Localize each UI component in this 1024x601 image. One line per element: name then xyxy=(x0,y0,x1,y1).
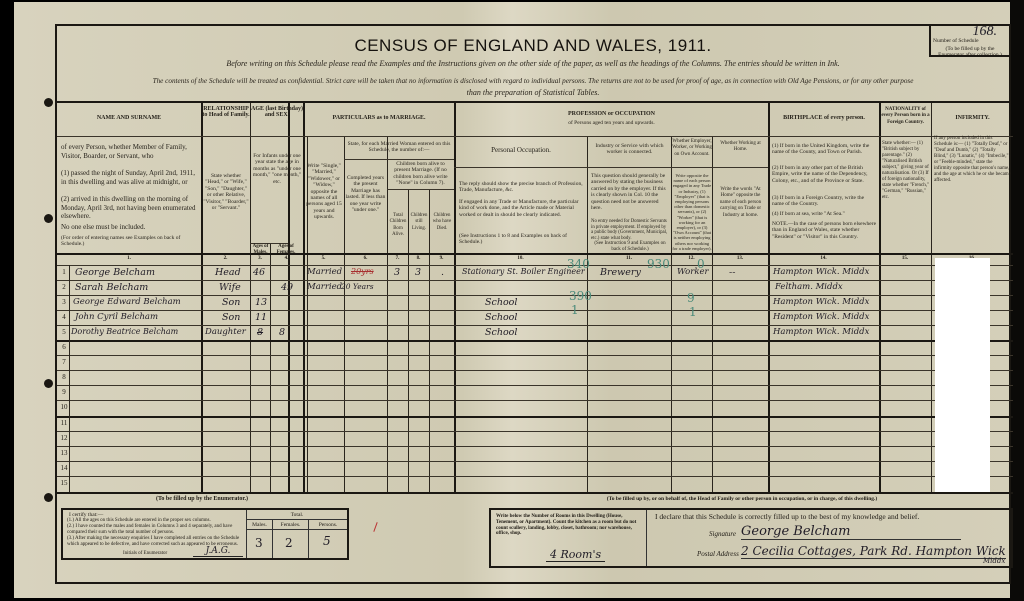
confidential-line: The contents of the Schedule will be tre… xyxy=(57,77,1009,85)
header-name-body: of every Person, whether Member of Famil… xyxy=(61,143,199,160)
schedule-number-note: (To be filled up by the Enumerator after… xyxy=(933,46,1007,58)
header-marriage-state: State, for each Married Woman entered on… xyxy=(345,141,453,154)
blank-area xyxy=(935,258,990,494)
rooms-value[interactable]: 4 Room's xyxy=(546,548,605,562)
rooms-box: Write below the Number of Rooms in this … xyxy=(491,510,647,566)
header-industry-body2: No entry needed for Domestic Servants in… xyxy=(591,219,669,241)
occupation-code: 1 xyxy=(571,303,579,317)
total-label: Total. xyxy=(247,512,347,518)
cell-birthplace[interactable]: Feltham. Middx xyxy=(775,282,843,292)
cell-marital[interactable]: Married xyxy=(307,267,342,277)
row-number: 2 xyxy=(59,283,69,291)
cell-birthplace[interactable]: Hampton Wick. Middx xyxy=(773,312,869,322)
cell-relationship[interactable]: Son xyxy=(222,312,240,323)
certify-2: (2.) I have counted the males and female… xyxy=(67,524,245,535)
row-number: 9 xyxy=(59,388,69,396)
header-name-item1: (1) passed the night of Sunday, April 2n… xyxy=(61,169,199,186)
cell-name[interactable]: George Belcham xyxy=(75,267,155,278)
binder-hole xyxy=(44,493,53,502)
enumerator-initials[interactable]: J.A.G. xyxy=(193,546,243,557)
cell-relationship[interactable]: Daughter xyxy=(205,327,246,337)
header-birthplace-b2: (2) If born in any other part of the Bri… xyxy=(772,165,877,184)
row-number: 4 xyxy=(59,313,69,321)
row-number: 14 xyxy=(59,464,69,472)
cell-name[interactable]: Sarah Belcham xyxy=(75,282,148,293)
column-number: 8. xyxy=(408,256,429,261)
header-marriage-completed: Completed years the present Marriage has… xyxy=(345,175,386,213)
cell-relationship[interactable]: Head xyxy=(215,267,241,278)
header-infirmity: INFIRMITY. xyxy=(932,115,1013,121)
postal-address-cont: Middx xyxy=(983,557,1005,565)
column-number: 2. xyxy=(201,256,250,261)
cell-birthplace[interactable]: Hampton Wick. Middx xyxy=(773,297,869,307)
declaration-text: I declare that this Schedule is correctl… xyxy=(655,512,919,521)
total-males[interactable]: 3 xyxy=(255,536,263,550)
header-nationality: NATIONALITY of every Person born in a Fo… xyxy=(880,107,931,126)
header-industry: Industry or Service with which worker is… xyxy=(588,143,671,156)
cell-name[interactable]: Dorothy Beatrice Belcham xyxy=(71,327,178,336)
signature-label: Signature xyxy=(709,530,736,538)
header-age: AGE (last Birthday) and SEX. xyxy=(251,106,303,119)
occupation-code: 340 xyxy=(567,257,590,271)
cell-marital[interactable]: Married xyxy=(307,282,342,292)
enumerator-box: I certify that:— (1.) All the ages on th… xyxy=(61,508,349,560)
header-infirmity-body: If any person included in this Schedule … xyxy=(934,136,1011,184)
column-number: 14. xyxy=(768,256,879,261)
cell-years-married[interactable]: 20 Years xyxy=(341,282,374,291)
header-marriage-living: Children still Living. xyxy=(409,213,429,232)
column-number: 5. xyxy=(303,256,344,261)
schedule-number[interactable]: 168. xyxy=(973,24,998,40)
header-birthplace-b4: (4) If born at sea, write "At Sea." xyxy=(772,211,877,217)
persons-label: Persons. xyxy=(309,522,347,528)
cell-birthplace[interactable]: Hampton Wick. Middx xyxy=(773,267,869,277)
header-home: Whether Working at Home. xyxy=(713,141,768,154)
header-birthplace-note: NOTE.—In the case of persons born elsewh… xyxy=(772,221,877,240)
row-number: 11 xyxy=(59,419,69,427)
header-employer-body: Write opposite the name of each person e… xyxy=(672,173,712,251)
cell-occupation[interactable]: School xyxy=(485,297,517,308)
header-marriage-total: Total Children Born Alive. xyxy=(388,213,408,239)
header-relationship: RELATIONSHIP to Head of Family. xyxy=(202,106,250,119)
head-box: Write below the Number of Rooms in this … xyxy=(489,508,1013,568)
certify-1: (1.) All the ages on this Schedule are e… xyxy=(67,518,245,524)
header-name-item2: (2) arrived in this dwelling on the morn… xyxy=(61,195,199,221)
cell-at-home[interactable]: -- xyxy=(729,267,735,278)
column-number: 15. xyxy=(879,256,931,261)
row-number: 1 xyxy=(59,268,69,276)
header-birthplace-b3: (3) If born in a Foreign Country, write … xyxy=(772,195,877,208)
cell-occupation[interactable]: School xyxy=(485,312,517,323)
rooms-instruction: Write below the Number of Rooms in this … xyxy=(496,514,642,537)
header-birthplace: BIRTHPLACE of every person. xyxy=(769,115,879,121)
industry-code: 930 xyxy=(647,257,670,271)
cell-age-male[interactable]: 13 xyxy=(255,297,267,308)
document-title: CENSUS OF ENGLAND AND WALES, 1911. xyxy=(57,36,1009,56)
cell-age-male[interactable]: 8 xyxy=(257,327,263,338)
employer-code: 1 xyxy=(689,305,697,319)
column-number: 13. xyxy=(712,256,768,261)
postal-address-field[interactable]: 2 Cecilia Cottages, Park Rd. Hampton Wic… xyxy=(741,544,1006,559)
row-number: 3 xyxy=(59,298,69,306)
cell-age-male[interactable]: 11 xyxy=(255,312,267,323)
males-label: Males. xyxy=(247,522,272,528)
header-birthplace-b1: (1) If born in the United Kingdom, write… xyxy=(772,143,877,156)
header-nationality-body: State whether:— (1) "British subject by … xyxy=(882,141,930,201)
header-name-note: No one else must be included. xyxy=(61,223,199,232)
row-number: 8 xyxy=(59,373,69,381)
binder-hole xyxy=(44,379,53,388)
column-number: 7. xyxy=(387,256,408,261)
column-number: 6. xyxy=(344,256,387,261)
occupation-code: 390 xyxy=(569,289,592,303)
cell-name[interactable]: George Edward Belcham xyxy=(73,297,181,307)
header-personal-body1: The reply should show the precise branch… xyxy=(459,181,584,194)
cell-years-married[interactable]: 20yrs xyxy=(351,267,374,276)
header-name-order: (For order of entering names see Example… xyxy=(61,235,199,248)
cell-age-female[interactable]: 49 xyxy=(281,282,293,293)
total-females[interactable]: 2 xyxy=(285,536,293,550)
header-marriage: PARTICULARS as to MARRIAGE. xyxy=(304,115,454,121)
cell-children-living[interactable]: 3 xyxy=(415,267,421,278)
header-personal-body2: If engaged in any Trade or Manufacture, … xyxy=(459,199,584,218)
cell-age-female[interactable]: 8 xyxy=(279,327,285,338)
row-number: 12 xyxy=(59,434,69,442)
header-name: NAME AND SURNAME xyxy=(57,115,201,121)
row-number: 10 xyxy=(59,403,69,411)
employer-code: 0 xyxy=(697,257,705,271)
header-age-body: For Infants under one year state the age… xyxy=(252,153,302,185)
instruction-line: Before writing on this Schedule please r… xyxy=(57,59,1009,68)
column-number: 12. xyxy=(671,256,712,261)
initials-label: Initials of Enumerator xyxy=(123,551,167,557)
cell-industry[interactable]: Brewery xyxy=(600,267,641,278)
header-industry-body1: This question should generally be answer… xyxy=(591,173,669,211)
header-personal-occupation: Personal Occupation. xyxy=(455,146,587,155)
cell-relationship[interactable]: Son xyxy=(222,297,240,308)
census-schedule: CENSUS OF ENGLAND AND WALES, 1911. Befor… xyxy=(55,24,1011,584)
cell-occupation[interactable]: School xyxy=(485,327,517,338)
cell-birthplace[interactable]: Hampton Wick. Middx xyxy=(773,327,869,337)
enumerator-heading: (To be filled up by the Enumerator.) xyxy=(57,496,347,502)
column-number: 4. xyxy=(270,256,303,261)
census-table: NAME AND SURNAME of every Person, whethe… xyxy=(57,103,1009,492)
total-persons[interactable]: 5 xyxy=(323,534,331,548)
cell-children-died[interactable]: . xyxy=(441,267,444,278)
row-number: 6 xyxy=(59,343,69,351)
cell-total-children[interactable]: 3 xyxy=(394,267,400,278)
binder-hole xyxy=(44,98,53,107)
row-number: 5 xyxy=(59,328,69,336)
row-number: 13 xyxy=(59,449,69,457)
column-number: 3. xyxy=(250,256,270,261)
header-employer: Whether Employer, Worker, or Working on … xyxy=(672,139,712,158)
header-age-females: Ages of Females. xyxy=(271,244,301,257)
column-number: 9. xyxy=(429,256,454,261)
column-number: 1. xyxy=(57,256,201,261)
signature-field[interactable]: George Belcham xyxy=(741,524,961,540)
header-personal-body3: (See Instructions 1 to 8 and Examples on… xyxy=(459,233,584,246)
cell-name[interactable]: John Cyril Belcham xyxy=(75,312,158,322)
cell-relationship[interactable]: Wife xyxy=(219,282,241,293)
header-industry-body3: (See Instruction 9 and Examples on back … xyxy=(591,241,669,254)
header-profession: PROFESSION or OCCUPATION xyxy=(455,111,768,117)
schedule-number-box: Number of Schedule 168. (To be filled up… xyxy=(929,24,1011,57)
females-label: Females. xyxy=(273,522,308,528)
red-mark xyxy=(373,522,377,532)
employer-code: 9 xyxy=(687,291,695,305)
header-marriage-children: Children born alive to present Marriage.… xyxy=(388,161,453,187)
row-number: 7 xyxy=(59,358,69,366)
header-home-body: Write the words "At Home" opposite the n… xyxy=(717,187,764,219)
binder-hole xyxy=(44,214,53,223)
header-marriage-died: Children who have Died. xyxy=(430,213,454,232)
confidential-line-2: than the preparation of Statistical Tabl… xyxy=(57,88,1009,97)
header-profession-subtitle: of Persons aged ten years and upwards. xyxy=(455,120,768,126)
footer: (To be filled up by the Enumerator.) I c… xyxy=(57,492,1009,586)
row-number: 15 xyxy=(59,479,69,487)
head-heading: (To be filled up by, or on behalf of, th… xyxy=(477,496,1007,502)
postal-address-label: Postal Address xyxy=(697,550,739,558)
cell-age-male[interactable]: 46 xyxy=(253,267,265,278)
header-band: CENSUS OF ENGLAND AND WALES, 1911. Befor… xyxy=(57,26,1009,103)
header-marriage-write: Write "Single," "Married," "Widower," or… xyxy=(305,163,343,221)
header-age-males: Ages of Males. xyxy=(251,244,270,257)
header-relationship-body: State whether "Head," or "Wife," "Son," … xyxy=(203,173,249,211)
